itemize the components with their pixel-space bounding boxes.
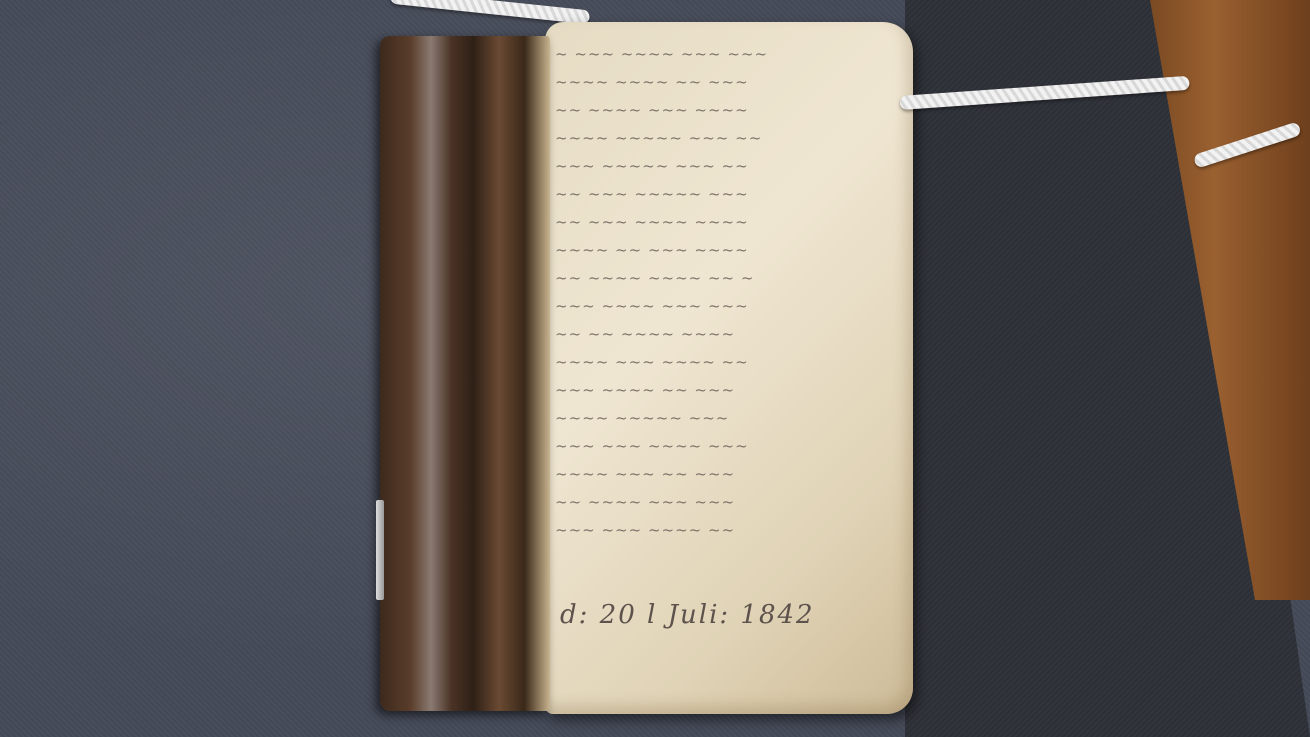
text-line: ~ ~~~ ~~~~ ~~~ ~~~	[555, 45, 900, 73]
text-line: ~~~~ ~~~~~ ~~~	[555, 409, 900, 437]
metal-clasp	[376, 500, 384, 600]
text-line: ~~ ~~~~ ~~~~ ~~ ~	[555, 269, 900, 297]
date-line: d: 20 l Juli: 1842	[560, 600, 815, 630]
leather-spine	[380, 36, 550, 711]
text-line: ~~~~ ~~~~ ~~ ~~~	[555, 73, 900, 101]
text-line: ~~~ ~~~ ~~~~ ~~~	[555, 437, 900, 465]
text-line: ~~~ ~~~~~ ~~~ ~~	[555, 157, 900, 185]
text-line: ~~~~ ~~~~~ ~~~ ~~	[555, 129, 900, 157]
text-line: ~~ ~~~~ ~~~ ~~~~	[555, 101, 900, 129]
text-line: ~~ ~~~ ~~~~~ ~~~	[555, 185, 900, 213]
text-line: ~~ ~~~~ ~~~ ~~~	[555, 493, 900, 521]
text-line: ~~~~ ~~~ ~~ ~~~	[555, 465, 900, 493]
text-line: ~~ ~~~ ~~~~ ~~~~	[555, 213, 900, 241]
text-line: ~~~~ ~~ ~~~ ~~~~	[555, 241, 900, 269]
text-line: ~~~ ~~~~ ~~~ ~~~	[555, 297, 900, 325]
text-line: ~~ ~~ ~~~~ ~~~~	[555, 325, 900, 353]
text-line: ~~~ ~~~~ ~~ ~~~	[555, 381, 900, 409]
handwritten-text: ~ ~~~ ~~~~ ~~~ ~~~ ~~~~ ~~~~ ~~ ~~~ ~~ ~…	[555, 45, 900, 549]
text-line: ~~~~ ~~~ ~~~~ ~~	[555, 353, 900, 381]
text-line: ~~~ ~~~ ~~~~ ~~	[555, 521, 900, 549]
photo-scene: ~ ~~~ ~~~~ ~~~ ~~~ ~~~~ ~~~~ ~~ ~~~ ~~ ~…	[0, 0, 1310, 737]
